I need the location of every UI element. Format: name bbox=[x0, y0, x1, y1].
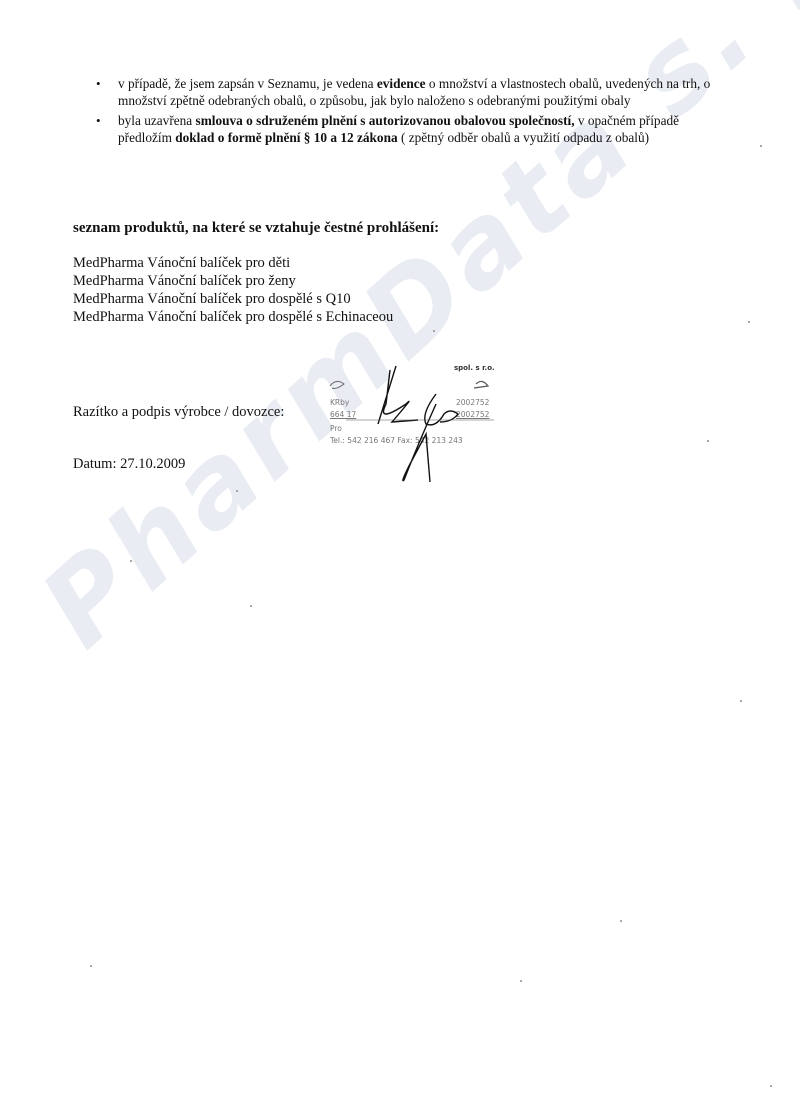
body-text: byla uzavřena bbox=[118, 113, 196, 128]
list-item: MedPharma Vánoční balíček pro dospělé s … bbox=[73, 308, 393, 326]
stamp-label: Razítko a podpis výrobce / dovozce: bbox=[73, 404, 284, 421]
section-title: seznam produktů, na které se vztahuje če… bbox=[73, 220, 439, 237]
list-item: MedPharma Vánoční balíček pro dospělé s … bbox=[73, 290, 393, 308]
signature-icon bbox=[326, 364, 498, 484]
body-text: v případě, že jsem zapsán v Seznamu, je … bbox=[118, 76, 377, 91]
product-list: MedPharma Vánoční balíček pro děti MedPh… bbox=[73, 254, 393, 326]
date-label: Datum: 27.10.2009 bbox=[73, 456, 185, 473]
list-item: MedPharma Vánoční balíček pro děti bbox=[73, 254, 393, 272]
body-text: ( zpětný odběr obalů a využití odpadu z … bbox=[398, 130, 649, 145]
bullet-item: •v případě, že jsem zapsán v Seznamu, je… bbox=[96, 76, 716, 109]
bullet-icon: • bbox=[96, 113, 101, 130]
list-item: MedPharma Vánoční balíček pro ženy bbox=[73, 272, 393, 290]
company-stamp-signature: spol. s r.o. KRby 664 17 Pro Tel.: 542 2… bbox=[326, 364, 498, 484]
emphasis-text: doklad o formě plnění § 10 a 12 zákona bbox=[175, 130, 397, 145]
emphasis-text: smlouva o sdruženém plnění s autorizovan… bbox=[196, 113, 575, 128]
declaration-bullets: •v případě, že jsem zapsán v Seznamu, je… bbox=[96, 76, 716, 150]
emphasis-text: evidence bbox=[377, 76, 426, 91]
bullet-icon: • bbox=[96, 76, 101, 93]
bullet-item: •byla uzavřena smlouva o sdruženém plněn… bbox=[96, 113, 716, 146]
